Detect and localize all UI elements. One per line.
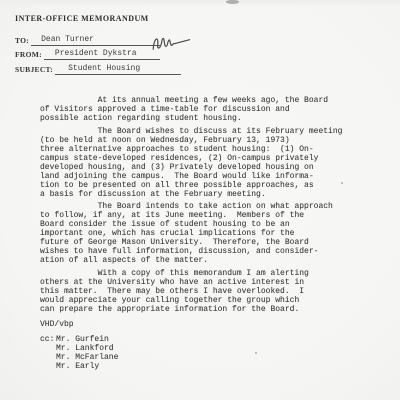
cc-name: Mr. Lankford <box>56 344 118 353</box>
cc-label: cc: <box>40 335 56 371</box>
subject-value: Student Housing <box>55 63 181 75</box>
cc-name: Mr. McFarlane <box>56 353 118 362</box>
field-row-to: TO:Dean Turner <box>15 28 160 41</box>
cc-block: cc: Mr. Gurfein Mr. Lankford Mr. McFarla… <box>40 335 360 371</box>
memo-page: INTER-OFFICE MEMORANDUM TO:Dean Turner F… <box>0 0 400 400</box>
cc-names: Mr. Gurfein Mr. Lankford Mr. McFarlane M… <box>56 335 118 371</box>
handwritten-initials <box>149 32 193 60</box>
paragraph-3: The Board intends to take action on what… <box>40 202 360 265</box>
paragraph-1: At its annual meeting a few weeks ago, t… <box>40 96 360 123</box>
reference-initials: VHD/vbp <box>40 320 360 329</box>
memo-title: INTER-OFFICE MEMORANDUM <box>15 14 149 23</box>
paragraph-4: With a copy of this memorandum I am aler… <box>40 269 360 314</box>
paragraph-2: The Board wishes to discuss at its Febru… <box>40 127 360 199</box>
cc-name: Mr. Early <box>56 362 118 371</box>
subject-label: SUBJECT: <box>15 65 53 75</box>
memo-body: At its annual meeting a few weeks ago, t… <box>40 96 360 371</box>
field-row-subject: SUBJECT:Student Housing <box>15 57 181 70</box>
cc-name: Mr. Gurfein <box>56 335 118 344</box>
scan-edge-shadow <box>0 0 400 7</box>
field-row-from: FROM:President Dykstra <box>15 42 160 55</box>
scan-artifact <box>226 0 239 4</box>
